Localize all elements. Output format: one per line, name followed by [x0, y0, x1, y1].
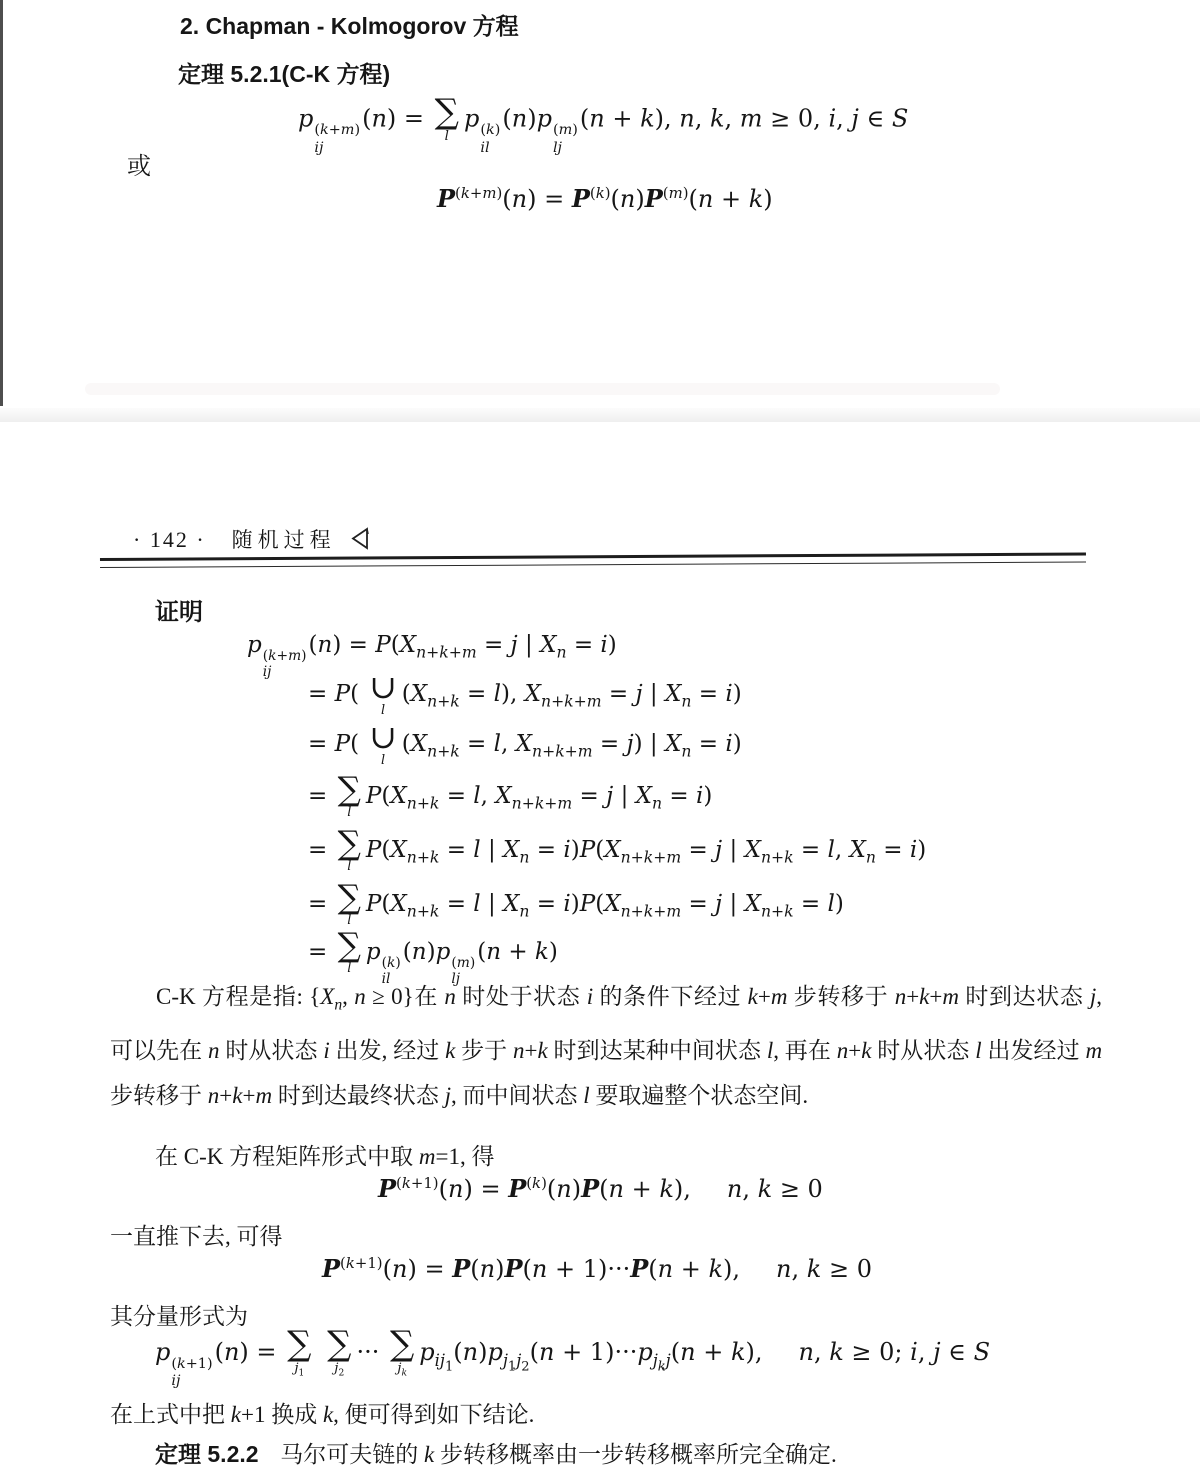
page-number: · 142 ·: [133, 527, 206, 552]
matrix-recursion-equation: P(k+1)(n) = P(k)(n)P(n + k), n, k ≥ 0: [378, 1174, 823, 1203]
scan-artifact: [85, 383, 1000, 395]
theorem-5-2-1-heading: 定理 5.2.1(C-K 方程): [178, 56, 390, 89]
ck-equation-component: p(k+m)ij(n) = ∑lp(k)il(n)p(m)lj(n + k), …: [298, 96, 908, 157]
page-separator: [0, 408, 1200, 422]
recursion-continue-text: 一直推下去, 可得: [110, 1218, 283, 1251]
page-edge-shadow: [0, 0, 3, 406]
component-form-intro: 其分量形式为: [110, 1298, 248, 1331]
section-heading: 2. Chapman - Kolmogorov 方程: [180, 8, 519, 41]
derivation-line: = P( ∪l(Xn+k = l, Xn+k+m = j) | Xn = i): [308, 722, 742, 768]
main-page: · 142 · 随机过程 证明 p(k+m)ij(n) = P(Xn+k+m =…: [0, 422, 1200, 1465]
matrix-product-equation: P(k+1)(n) = P(n)P(n + 1)···P(n + k), n, …: [322, 1254, 872, 1283]
ck-equation-matrix: P(k+m)(n) = P(k)(n)P(m)(n + k): [437, 184, 773, 213]
proof-label: 证明: [155, 592, 203, 627]
matrix-form-m1-intro: 在 C-K 方程矩阵形式中取 m=1, 得: [155, 1138, 494, 1171]
component-form-equation: p(k+1)ij(n) = ∑j1 ∑j2··· ∑jkpij1(n)pj1j2…: [155, 1328, 990, 1391]
header-rule: [100, 552, 1086, 568]
book-title: 随机过程: [232, 528, 336, 552]
substitution-note: 在上式中把 k+1 换成 k, 便可得到如下结论.: [110, 1396, 534, 1429]
ck-explanation-paragraph: C-K 方程是指: {Xn, n ≥ 0}在 n 时处于状态 i 的条件下经过 …: [110, 974, 1102, 1118]
theorem-5-2-2-label: 定理 5.2.2: [155, 1441, 259, 1465]
derivation-line: = ∑lP(Xn+k = l, Xn+k+m = j | Xn = i): [308, 774, 712, 820]
theorem-5-2-2-text: 马尔可夫链的 k 步转移概率由一步转移概率所完全确定.: [280, 1442, 836, 1465]
page-header: · 142 · 随机过程: [133, 524, 1093, 554]
scanned-textbook-page: { "page_top": { "section_heading": "2. C…: [0, 0, 1200, 1465]
derivation-line: = ∑lP(Xn+k = l | Xn = i)P(Xn+k+m = j | X…: [308, 882, 844, 928]
derivation-line: = ∑lP(Xn+k = l | Xn = i)P(Xn+k+m = j | X…: [308, 828, 926, 874]
or-connector: 或: [127, 146, 151, 181]
left-triangle-icon: [350, 527, 371, 555]
derivation-line: = P( ∪l(Xn+k = l), Xn+k+m = j | Xn = i): [308, 672, 742, 718]
theorem-5-2-2: 定理 5.2.2 马尔可夫链的 k 步转移概率由一步转移概率所完全确定.: [155, 1436, 837, 1465]
top-page-fragment: 2. Chapman - Kolmogorov 方程 定理 5.2.1(C-K …: [0, 0, 1200, 408]
